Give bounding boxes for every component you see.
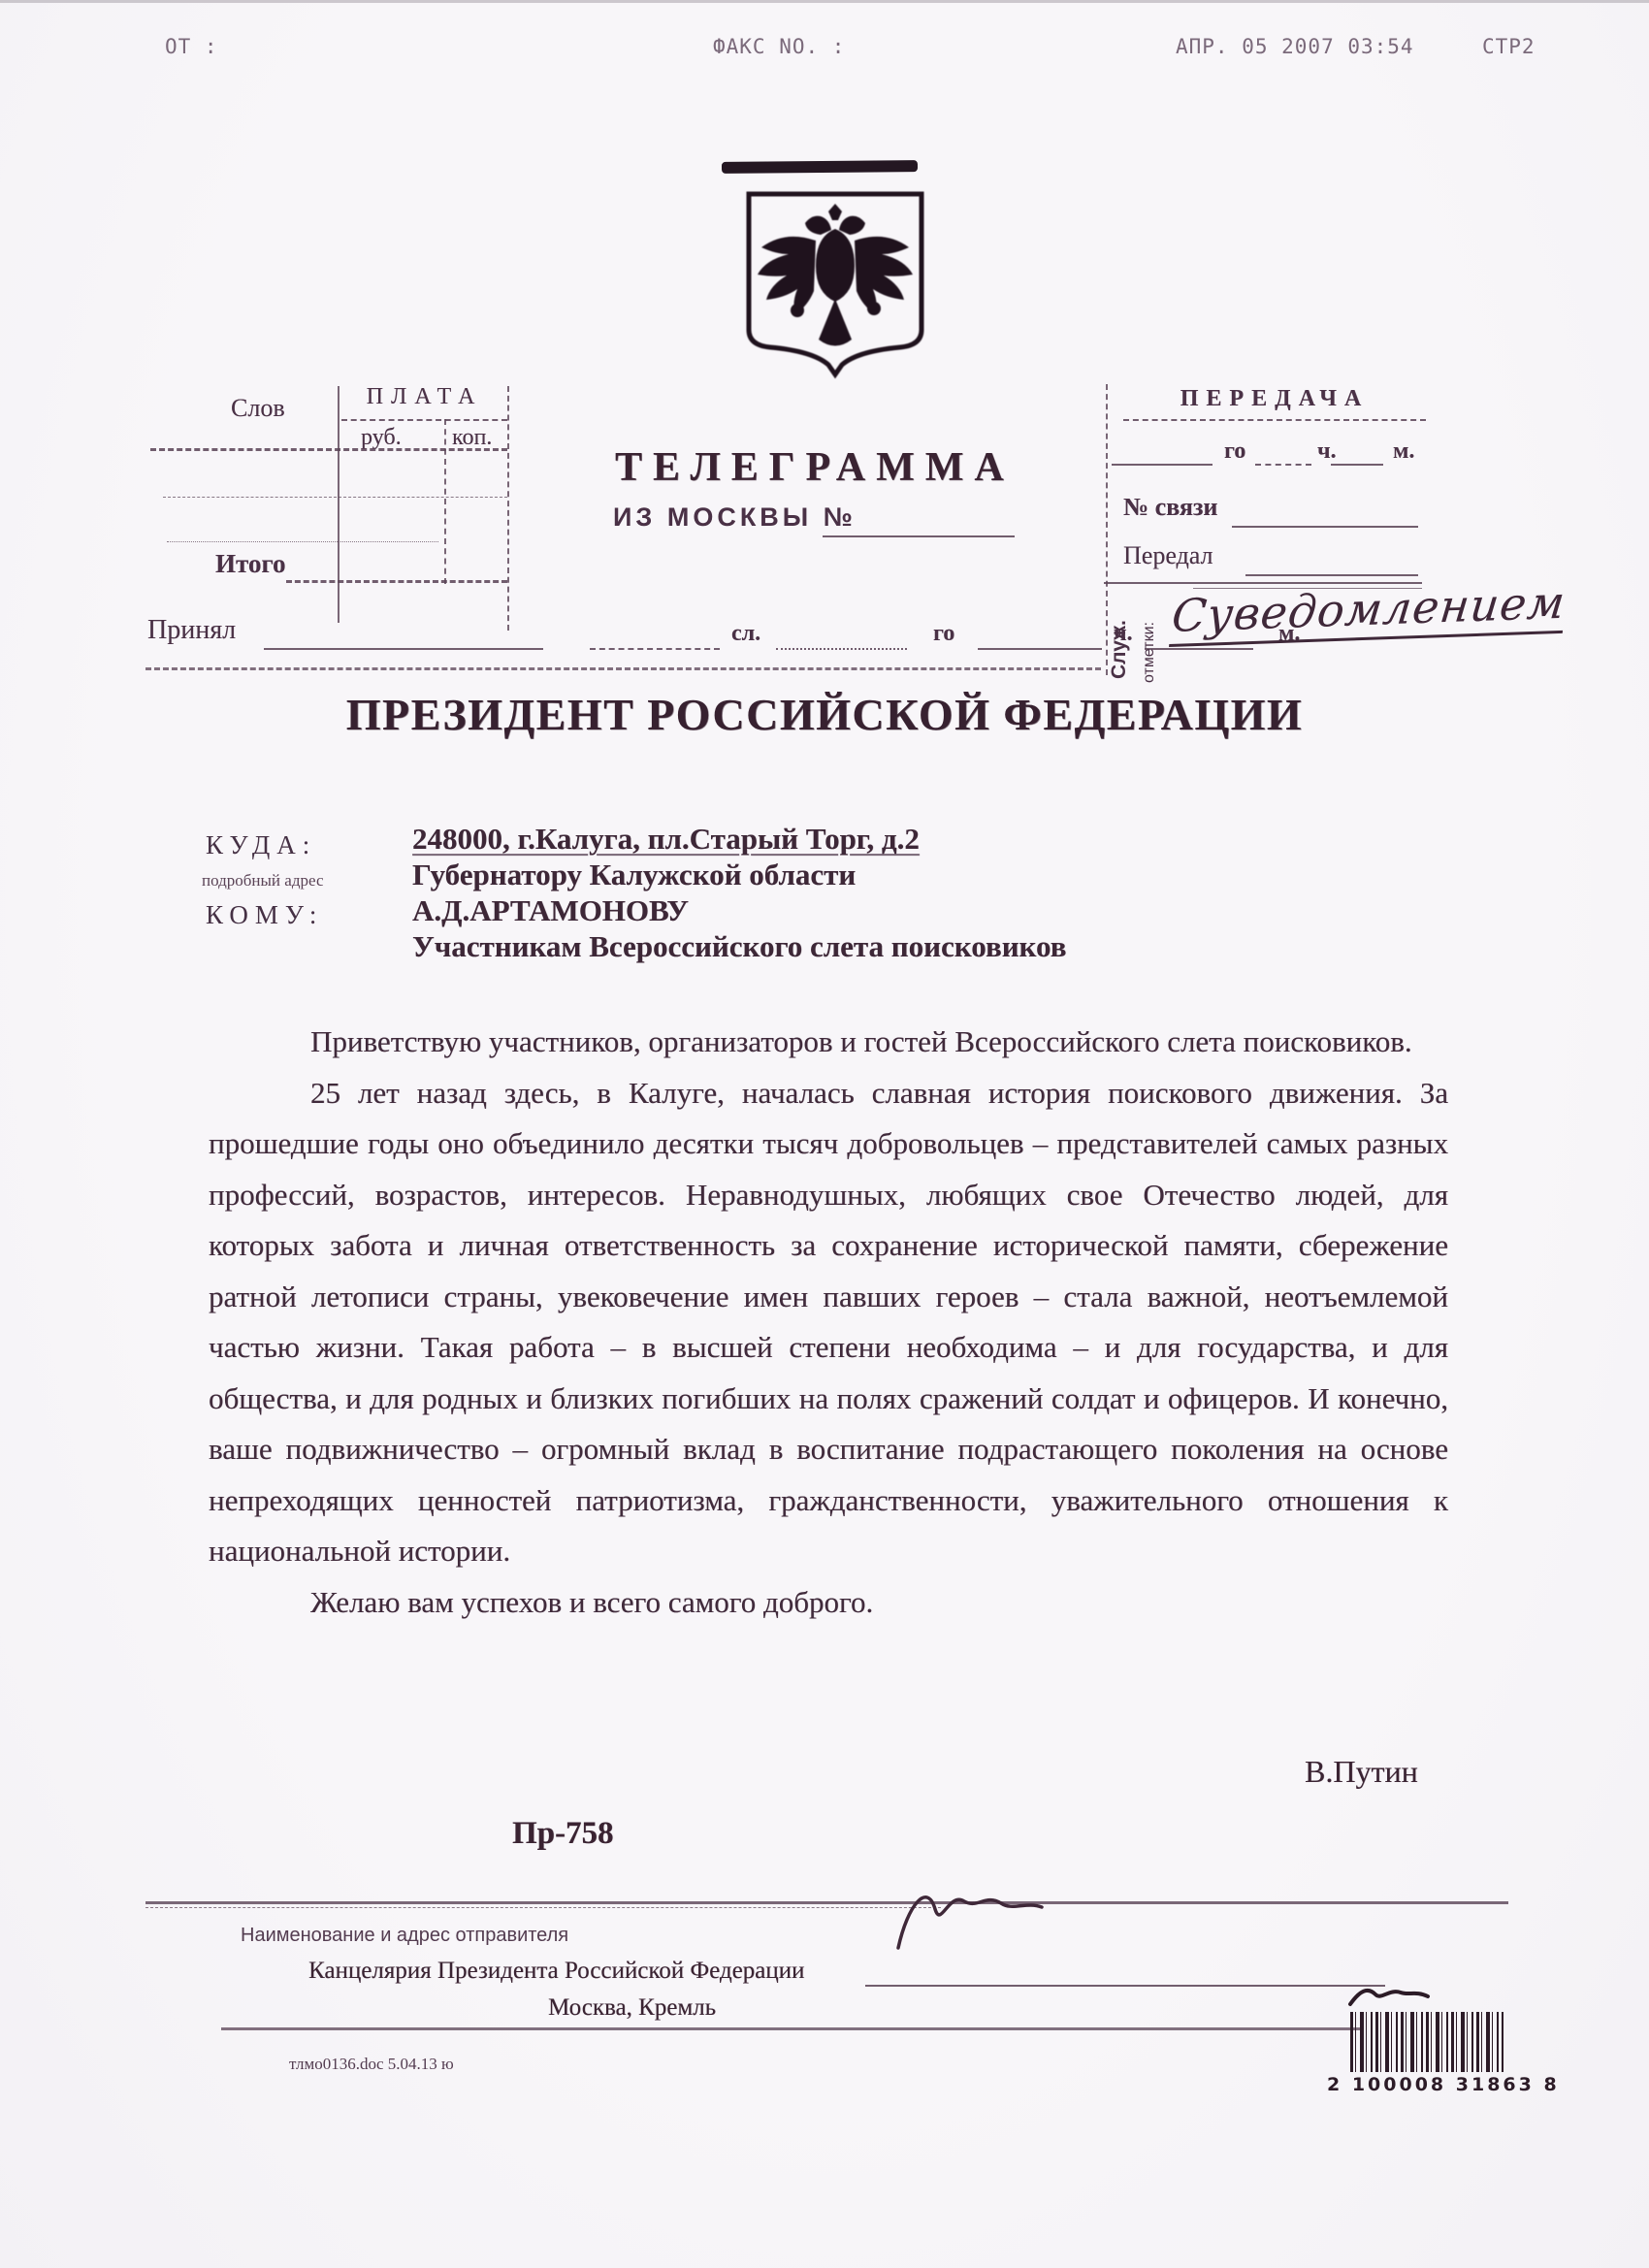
payment-label: ПЛАТА bbox=[341, 384, 507, 410]
sl-label: сл. bbox=[731, 621, 760, 647]
fax-number-label: ФАКС NO. : bbox=[713, 35, 845, 58]
form-line bbox=[823, 535, 1015, 537]
form-line bbox=[338, 386, 339, 623]
scan-edge-artifact bbox=[0, 0, 1649, 3]
form-line bbox=[1255, 464, 1311, 466]
form-line bbox=[1123, 419, 1426, 421]
address-note: подробный адрес bbox=[202, 871, 323, 891]
rubles-label: руб. bbox=[361, 425, 402, 451]
address-line-name: А.Д.АРТАМОНОВУ bbox=[412, 892, 1382, 928]
words-count-label: Слов bbox=[231, 394, 285, 423]
telegram-title: ТЕЛЕГРАММА bbox=[615, 444, 1015, 491]
file-reference-note: тлмо0136.doc 5.04.13 ю bbox=[289, 2055, 454, 2074]
divider-line bbox=[221, 2027, 1360, 2030]
form-line bbox=[1245, 574, 1418, 576]
received-by-label: Принял bbox=[147, 615, 236, 646]
document-number: Пр-758 bbox=[512, 1816, 614, 1852]
sender-city: Москва, Кремль bbox=[548, 1994, 716, 2022]
divider-line bbox=[145, 1907, 941, 1908]
telegram-origin-label: ИЗ МОСКВЫ № bbox=[613, 502, 857, 533]
ch-label: ч. bbox=[1317, 438, 1337, 465]
form-line bbox=[163, 497, 507, 498]
form-line bbox=[1232, 526, 1418, 528]
letter-paragraph-greeting: Приветствую участников, организаторов и … bbox=[209, 1017, 1448, 1068]
form-line bbox=[1145, 648, 1253, 650]
go-label: го bbox=[933, 621, 954, 647]
signatory-name: В.Путин bbox=[1305, 1754, 1418, 1790]
service-label: Служ. bbox=[1108, 590, 1131, 679]
form-line bbox=[341, 419, 507, 421]
letter-paragraph-main: 25 лет назад здесь, в Калуге, началась с… bbox=[209, 1068, 1448, 1577]
fax-page-number: СТР2 bbox=[1482, 35, 1536, 58]
total-label: Итого bbox=[215, 549, 286, 579]
where-to-label: КУДА: bbox=[206, 830, 316, 860]
service-marks-label: отметки: bbox=[1141, 582, 1158, 683]
form-line bbox=[264, 648, 543, 650]
letter-paragraph-closing: Желаю вам успехов и всего самого доброго… bbox=[209, 1577, 1448, 1629]
page-title: ПРЕЗИДЕНТ РОССИЙСКОЙ ФЕДЕРАЦИИ bbox=[0, 689, 1649, 740]
address-line-participants: Участникам Всероссийского слета поискови… bbox=[412, 928, 1382, 964]
form-line bbox=[1112, 464, 1212, 466]
barcode bbox=[1350, 2012, 1503, 2072]
handwritten-service-note: Суведомлением bbox=[1169, 576, 1568, 647]
fax-from-label: ОТ : bbox=[165, 35, 218, 58]
form-line bbox=[150, 448, 507, 451]
divider-line bbox=[145, 1901, 1508, 1904]
coat-of-arms-eagle-icon bbox=[733, 184, 937, 388]
form-line bbox=[590, 648, 720, 650]
form-line bbox=[507, 386, 509, 631]
form-line bbox=[167, 541, 438, 542]
pen-scribble-icon bbox=[1346, 1983, 1434, 2010]
form-line bbox=[286, 580, 507, 583]
fax-datetime: АПР. 05 2007 03:54 bbox=[1176, 35, 1414, 58]
address-line-postal: 248000, г.Калуга, пл.Старый Торг, д.2 bbox=[412, 821, 1382, 857]
transmitted-by-label: Передал bbox=[1123, 541, 1213, 570]
form-line bbox=[1331, 464, 1383, 466]
form-line bbox=[145, 667, 1101, 670]
transmission-label: ПЕРЕДАЧА bbox=[1123, 386, 1426, 412]
sender-organization: Канцелярия Президента Российской Федерац… bbox=[308, 1958, 804, 1985]
form-line bbox=[865, 1985, 1385, 1987]
sender-name-address-label: Наименование и адрес отправителя bbox=[241, 1925, 568, 1947]
go-label: го bbox=[1224, 438, 1245, 465]
to-whom-label: КОМУ: bbox=[206, 900, 323, 930]
form-line bbox=[978, 648, 1102, 650]
connection-number-label: № связи bbox=[1123, 493, 1217, 522]
barcode-digits: 2 100008 31863 8 bbox=[1327, 2074, 1560, 2095]
address-line-governor: Губернатору Калужской области bbox=[412, 857, 1382, 892]
form-line bbox=[776, 648, 907, 650]
form-line bbox=[444, 419, 446, 584]
signature-scribble-icon bbox=[890, 1880, 1055, 1958]
m-label: м. bbox=[1393, 438, 1414, 465]
emblem-top-bar bbox=[722, 160, 918, 174]
kopecks-label: коп. bbox=[452, 425, 492, 451]
telegram-scan-page: ОТ : ФАКС NO. : АПР. 05 2007 03:54 СТР2 … bbox=[0, 0, 1649, 2268]
